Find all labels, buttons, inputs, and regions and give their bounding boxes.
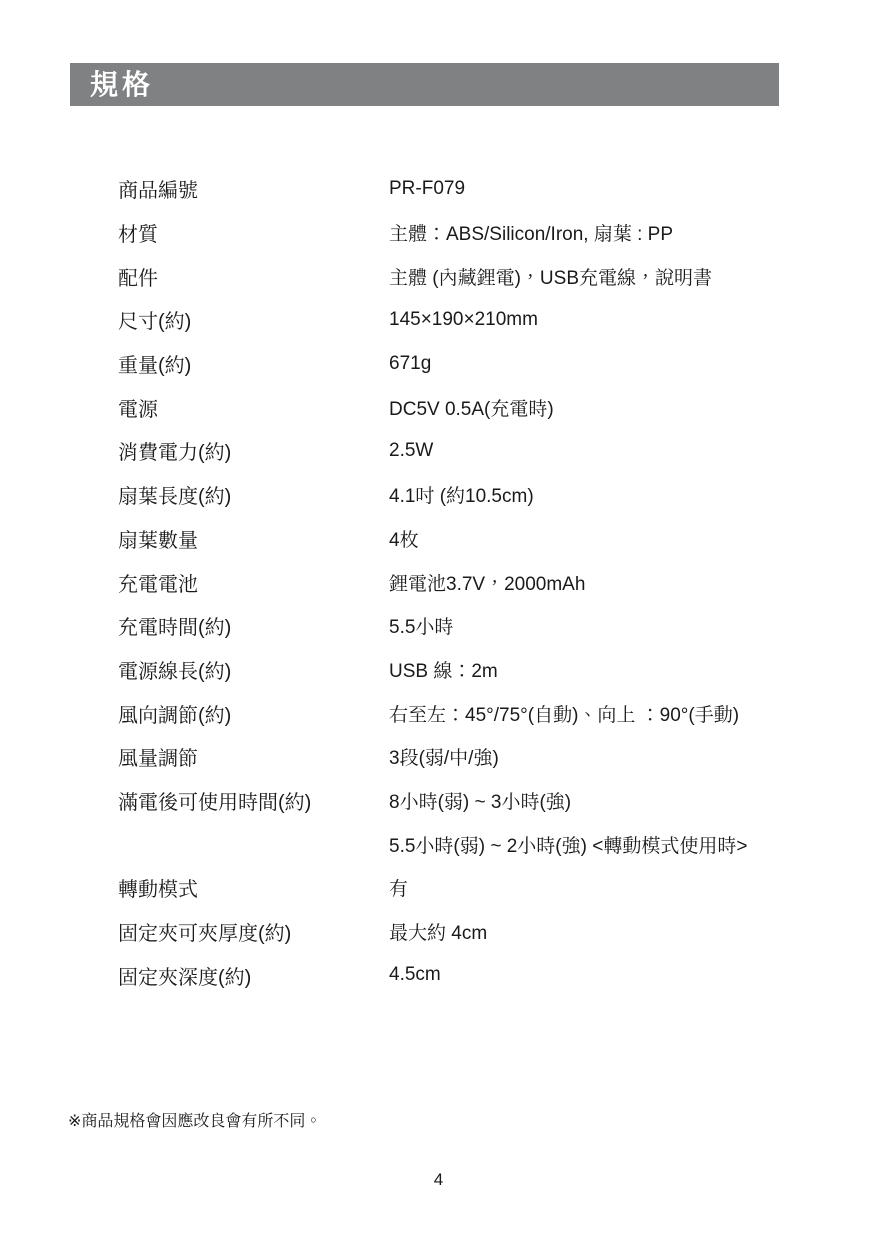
spec-label: 電源 <box>118 393 389 422</box>
spec-value: USB 線：2m <box>389 656 808 683</box>
spec-label: 扇葉長度(約) <box>118 480 389 509</box>
spec-label: 滿電後可使用時間(約) <box>118 786 389 815</box>
spec-row: 固定夾深度(約)4.5cm <box>118 953 808 997</box>
spec-label: 風向調節(約) <box>118 699 389 728</box>
spec-row: 轉動模式有 <box>118 866 808 910</box>
page-number: 4 <box>0 1170 877 1190</box>
spec-label: 固定夾可夾厚度(約) <box>118 917 389 946</box>
spec-value: 3段(弱/中/強) <box>389 743 808 770</box>
spec-value: 5.5小時 <box>389 612 808 639</box>
spec-label: 固定夾深度(約) <box>118 961 389 990</box>
spec-label: 配件 <box>118 262 389 291</box>
spec-row: 固定夾可夾厚度(約)最大約 4cm <box>118 910 808 954</box>
footnote: ※商品規格會因應改良會有所不同。 <box>68 1108 321 1131</box>
spec-row: 材質主體：ABS/Silicon/Iron, 扇葉 : PP <box>118 211 808 255</box>
spec-row: 充電時間(約)5.5小時 <box>118 604 808 648</box>
spec-row: 電源線長(約)USB 線：2m <box>118 648 808 692</box>
spec-row: 滿電後可使用時間(約)8小時(弱) ~ 3小時(強) <box>118 779 808 823</box>
spec-value: 5.5小時(弱) ~ 2小時(強) <轉動模式使用時> <box>389 831 808 858</box>
spec-value: 主體：ABS/Silicon/Iron, 扇葉 : PP <box>389 219 808 246</box>
spec-row: 風向調節(約)右至左：45°/75°(自動)、向上 ：90°(手動) <box>118 691 808 735</box>
spec-row: 商品編號PR-F079 <box>118 167 808 211</box>
spec-label: 尺寸(約) <box>118 305 389 334</box>
spec-row: 扇葉數量4枚 <box>118 517 808 561</box>
spec-value: 2.5W <box>389 440 808 462</box>
spec-label: 電源線長(約) <box>118 655 389 684</box>
spec-label: 充電電池 <box>118 568 389 597</box>
spec-label: 消費電力(約) <box>118 436 389 465</box>
spec-label: 風量調節 <box>118 742 389 771</box>
spec-value: 145×190×210mm <box>389 309 808 331</box>
spec-row: 尺寸(約)145×190×210mm <box>118 298 808 342</box>
spec-value: 671g <box>389 353 808 375</box>
spec-row: 消費電力(約)2.5W <box>118 429 808 473</box>
spec-value: 有 <box>389 874 808 901</box>
spec-value: 4.5cm <box>389 964 808 986</box>
spec-value: 最大約 4cm <box>389 918 808 945</box>
spec-row: 充電電池鋰電池3.7V，2000mAh <box>118 560 808 604</box>
spec-row: 風量調節3段(弱/中/強) <box>118 735 808 779</box>
spec-label: 重量(約) <box>118 349 389 378</box>
spec-value: 8小時(弱) ~ 3小時(強) <box>389 787 808 814</box>
spec-value: 主體 (內藏鋰電)，USB充電線，說明書 <box>389 263 808 290</box>
spec-label: 充電時間(約) <box>118 611 389 640</box>
section-header: 規格 <box>70 63 779 106</box>
spec-value: 4枚 <box>389 525 808 552</box>
spec-value: 右至左：45°/75°(自動)、向上 ：90°(手動) <box>389 700 808 727</box>
spec-row: 電源DC5V 0.5A(充電時) <box>118 385 808 429</box>
section-title: 規格 <box>70 71 154 99</box>
spec-label: 轉動模式 <box>118 873 389 902</box>
spec-row: 5.5小時(弱) ~ 2小時(強) <轉動模式使用時> <box>118 822 808 866</box>
spec-label: 材質 <box>118 218 389 247</box>
spec-value: PR-F079 <box>389 178 808 200</box>
spec-value: 鋰電池3.7V，2000mAh <box>389 569 808 596</box>
spec-table: 商品編號PR-F079材質主體：ABS/Silicon/Iron, 扇葉 : P… <box>118 167 808 997</box>
spec-label: 商品編號 <box>118 174 389 203</box>
spec-label: 扇葉數量 <box>118 524 389 553</box>
spec-row: 重量(約)671g <box>118 342 808 386</box>
spec-value: DC5V 0.5A(充電時) <box>389 394 808 421</box>
spec-row: 配件主體 (內藏鋰電)，USB充電線，說明書 <box>118 254 808 298</box>
spec-value: 4.1吋 (約10.5cm) <box>389 481 808 508</box>
spec-row: 扇葉長度(約)4.1吋 (約10.5cm) <box>118 473 808 517</box>
